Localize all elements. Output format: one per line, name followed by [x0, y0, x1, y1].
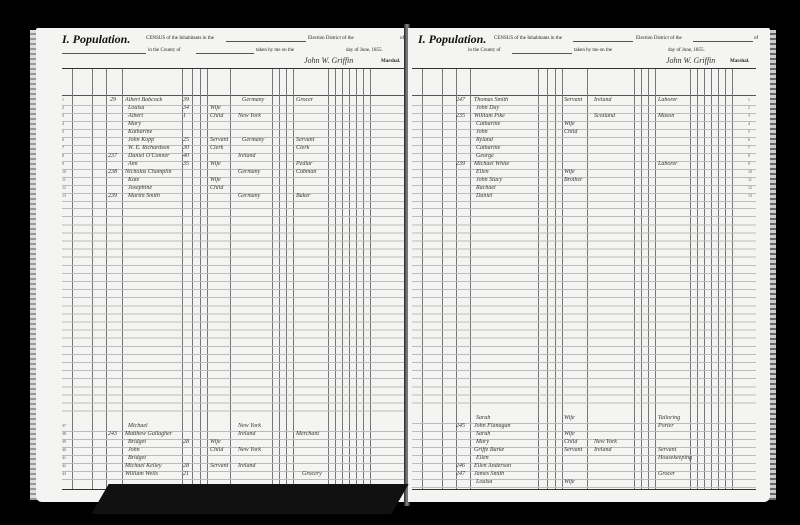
header-date: day of June, 1855.: [346, 48, 383, 53]
page-title: I. Population.: [418, 32, 486, 47]
header-county: in the County of: [468, 48, 501, 53]
blank-line: [62, 53, 146, 54]
page-title: I. Population.: [62, 32, 130, 47]
blank-line: [693, 41, 753, 42]
census-table-right: 247Thomas SmithServantIrelandLaborer1 Jo…: [412, 68, 756, 490]
census-table-left: 129Albert Babcock39GermanyGrocer 2Louisa…: [62, 68, 406, 490]
blank-line: [226, 41, 306, 42]
header-election-district: Election District of the: [636, 36, 682, 41]
header-taken-by: taken by me on the: [256, 48, 294, 53]
table-row: LouisaWife: [412, 479, 756, 488]
header-census-of: CENSUS of the Inhabitants in the: [146, 36, 214, 41]
table-body-middle: [412, 201, 756, 409]
column-headers: [62, 69, 406, 96]
table-body-middle: [62, 201, 406, 417]
scan-shadow: [91, 484, 408, 514]
header-taken-by: taken by me on the: [574, 48, 612, 53]
blank-line: [573, 41, 633, 42]
census-page-right: I. Population. CENSUS of the Inhabitants…: [408, 28, 770, 502]
header-of: of: [754, 36, 758, 41]
marshal-signature: John W. Griffin: [304, 56, 353, 65]
header-county: in the County of: [148, 48, 181, 53]
header-election-district: Election District of the: [308, 36, 354, 41]
census-page-left: I. Population. CENSUS of the Inhabitants…: [36, 28, 406, 502]
header-date: day of June, 1855.: [668, 48, 705, 53]
marshal-signature: John W. Griffin: [666, 56, 715, 65]
header-census-of: CENSUS of the Inhabitants in the: [494, 36, 562, 41]
table-row: 43William Wells21Grocery: [62, 471, 406, 480]
marshal-label: Marshal.: [730, 59, 749, 64]
blank-line: [512, 53, 572, 54]
marshal-label: Marshal.: [381, 59, 400, 64]
blank-line: [196, 53, 254, 54]
